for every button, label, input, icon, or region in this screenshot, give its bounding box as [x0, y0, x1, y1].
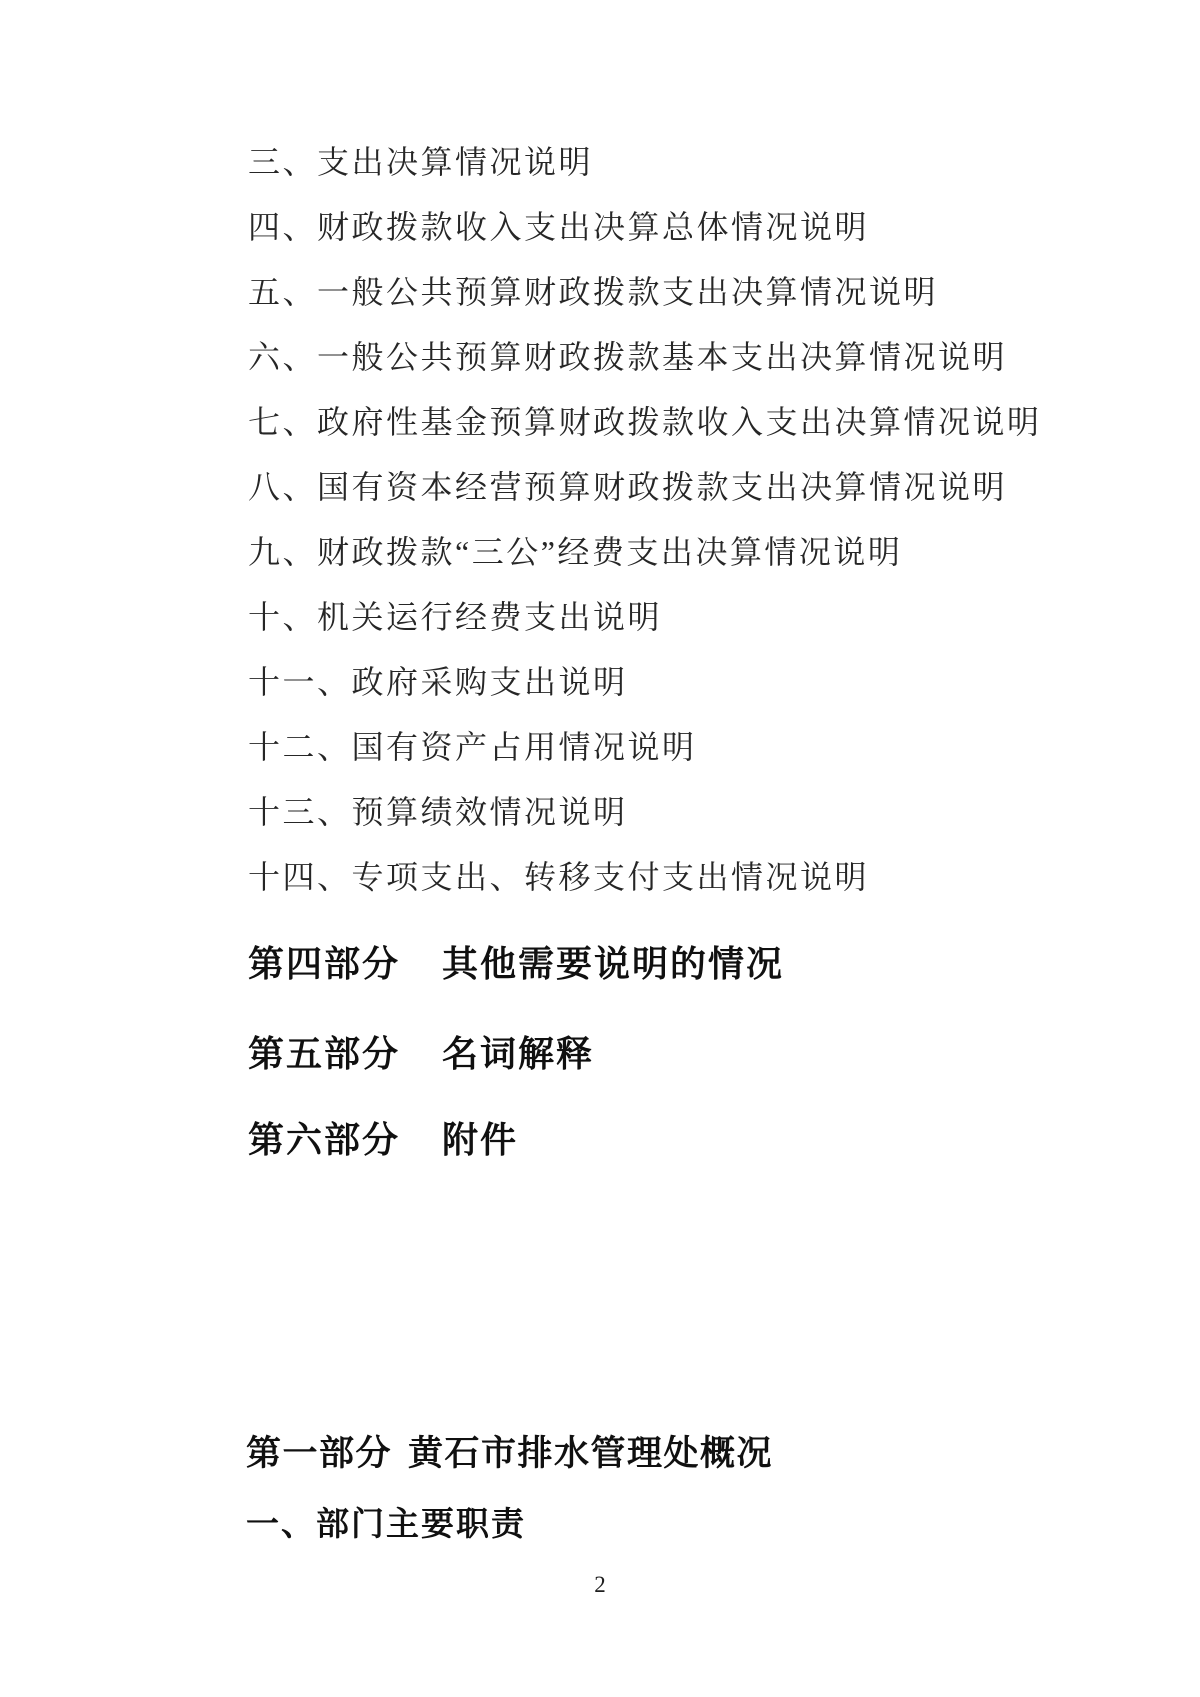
- toc-item: 九、财政拨款“三公”经费支出决算情况说明: [248, 520, 1042, 585]
- page-number: 2: [0, 1572, 1200, 1598]
- toc-item: 十二、国有资产占用情况说明: [248, 715, 1042, 780]
- body-part-heading: 第一部分 黄石市排水管理处概况: [246, 1426, 773, 1476]
- toc-item: 四、财政拨款收入支出决算总体情况说明: [248, 195, 1042, 260]
- document-page: 三、支出决算情况说明 四、财政拨款收入支出决算总体情况说明 五、一般公共预算财政…: [0, 0, 1200, 1697]
- part-title: 其他需要说明的情况: [442, 936, 784, 987]
- part-label: 第一部分: [246, 1426, 392, 1476]
- toc-item: 六、一般公共预算财政拨款基本支出决算情况说明: [248, 325, 1042, 390]
- toc-item: 七、政府性基金预算财政拨款收入支出决算情况说明: [248, 390, 1042, 455]
- toc-list: 三、支出决算情况说明 四、财政拨款收入支出决算总体情况说明 五、一般公共预算财政…: [248, 130, 1042, 910]
- toc-part-heading-6: 第六部分 附件: [248, 1112, 518, 1163]
- part-label: 第四部分: [248, 936, 400, 987]
- toc-item: 十三、预算绩效情况说明: [248, 780, 1042, 845]
- toc-part-heading-5: 第五部分 名词解释: [248, 1026, 594, 1077]
- part-title: 黄石市排水管理处概况: [408, 1426, 773, 1476]
- toc-item: 十四、专项支出、转移支付支出情况说明: [248, 845, 1042, 910]
- toc-item: 八、国有资本经营预算财政拨款支出决算情况说明: [248, 455, 1042, 520]
- toc-item: 三、支出决算情况说明: [248, 130, 1042, 195]
- toc-item: 十、机关运行经费支出说明: [248, 585, 1042, 650]
- toc-item: 十一、政府采购支出说明: [248, 650, 1042, 715]
- part-label: 第五部分: [248, 1026, 400, 1077]
- toc-part-heading-4: 第四部分 其他需要说明的情况: [248, 936, 784, 987]
- toc-item: 五、一般公共预算财政拨款支出决算情况说明: [248, 260, 1042, 325]
- part-title: 名词解释: [442, 1026, 594, 1077]
- body-section-heading: 一、部门主要职责: [246, 1498, 526, 1545]
- part-title: 附件: [442, 1112, 518, 1163]
- part-label: 第六部分: [248, 1112, 400, 1163]
